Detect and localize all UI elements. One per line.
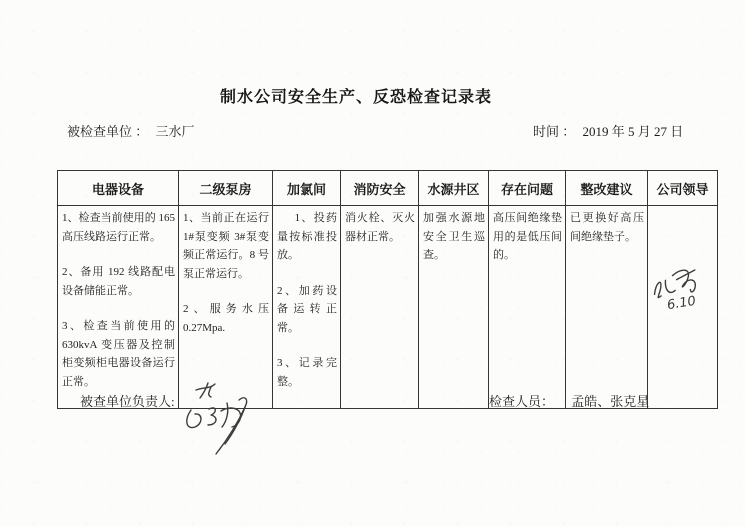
cell-existing-problems: 高压间绝缘垫用的是低压间的。 (489, 206, 566, 409)
inspection-date-label: 时间 ： (533, 124, 575, 139)
table-body-row: 1、检查当前使用的 165 高压线路运行正常。 2、备用 192 线路配电设备储… (58, 206, 718, 409)
inspection-date-line: 时间 ： 2019 年 5 月 27 日 (533, 121, 683, 140)
col-header-water-source-wells: 水源井区 (419, 171, 489, 206)
inspectors-value: 孟皓、张克星 (571, 394, 649, 409)
inspected-unit-label: 被检查单位 ： (67, 124, 148, 139)
cell-chlorination-room: 1、投药量按标准投放。 2、加药设备运转正常。 3、记录完整。 (273, 206, 341, 409)
cell-paragraph: 消火栓、灭火器材正常。 (345, 209, 415, 246)
cell-paragraph: 2、服务水压 0.27Mpa. (183, 300, 269, 337)
col-header-electrical-equipment: 电器设备 (58, 171, 179, 206)
inspected-unit-value: 三水厂 (156, 124, 195, 139)
cell-electrical-equipment: 1、检查当前使用的 165 高压线路运行正常。 2、备用 192 线路配电设备储… (58, 206, 179, 409)
table-header-row: 电器设备 二级泵房 加氯间 消防安全 水源井区 存在问题 整改建议 公司领导 (58, 171, 718, 206)
cell-paragraph: 高压间绝缘垫用的是低压间的。 (493, 209, 562, 265)
cell-water-source-wells: 加强水源地安全卫生巡查。 (419, 206, 489, 409)
inspected-unit-line: 被检查单位 ： 三水厂 (67, 121, 195, 140)
cell-rectification-suggestions: 已更换好高压间绝缘垫子。 (566, 206, 648, 409)
cell-secondary-pump-room: 1、当前正在运行1#泵变频 3#泵变频正常运行。8 号泵正常运行。 2、服务水压… (179, 206, 273, 409)
cell-paragraph: 1、当前正在运行1#泵变频 3#泵变频正常运行。8 号泵正常运行。 (183, 209, 269, 283)
col-header-company-leader: 公司领导 (648, 171, 718, 206)
inspectors-label: 检查人员： (489, 394, 554, 409)
cell-paragraph: 3、检查当前使用的 630kvA 变压器及控制柜变频柜电器设备运行正常。 (62, 317, 175, 391)
responsible-person-label: 被查单位负责人: (80, 394, 175, 409)
scanned-document-page: 制水公司安全生产、反恐检查记录表 被检查单位 ： 三水厂 时间 ： 2019 年… (0, 0, 745, 526)
document-title: 制水公司安全生产、反恐检查记录表 (0, 84, 712, 107)
cell-paragraph: 1、投药量按标准投放。 (277, 209, 337, 265)
cell-paragraph: 3、记录完整。 (277, 354, 337, 391)
cell-fire-safety: 消火栓、灭火器材正常。 (341, 206, 419, 409)
inspection-date-value: 2019 年 5 月 27 日 (583, 124, 684, 139)
cell-paragraph: 加强水源地安全卫生巡查。 (423, 209, 485, 265)
cell-paragraph: 2、备用 192 线路配电设备储能正常。 (62, 263, 175, 300)
col-header-fire-safety: 消防安全 (341, 171, 419, 206)
col-header-chlorination-room: 加氯间 (273, 171, 341, 206)
col-header-rectification-suggestions: 整改建议 (566, 171, 648, 206)
col-header-existing-problems: 存在问题 (489, 171, 566, 206)
inspectors-line: 检查人员： 孟皓、张克星 (489, 391, 649, 410)
col-header-secondary-pump-room: 二级泵房 (179, 171, 273, 206)
inspection-record-table: 电器设备 二级泵房 加氯间 消防安全 水源井区 存在问题 整改建议 公司领导 1… (57, 170, 718, 409)
cell-paragraph: 已更换好高压间绝缘垫子。 (570, 209, 644, 246)
cell-paragraph: 2、加药设备运转正常。 (277, 282, 337, 338)
cell-paragraph: 1、检查当前使用的 165 高压线路运行正常。 (62, 209, 175, 246)
responsible-person-line: 被查单位负责人: (80, 391, 175, 410)
